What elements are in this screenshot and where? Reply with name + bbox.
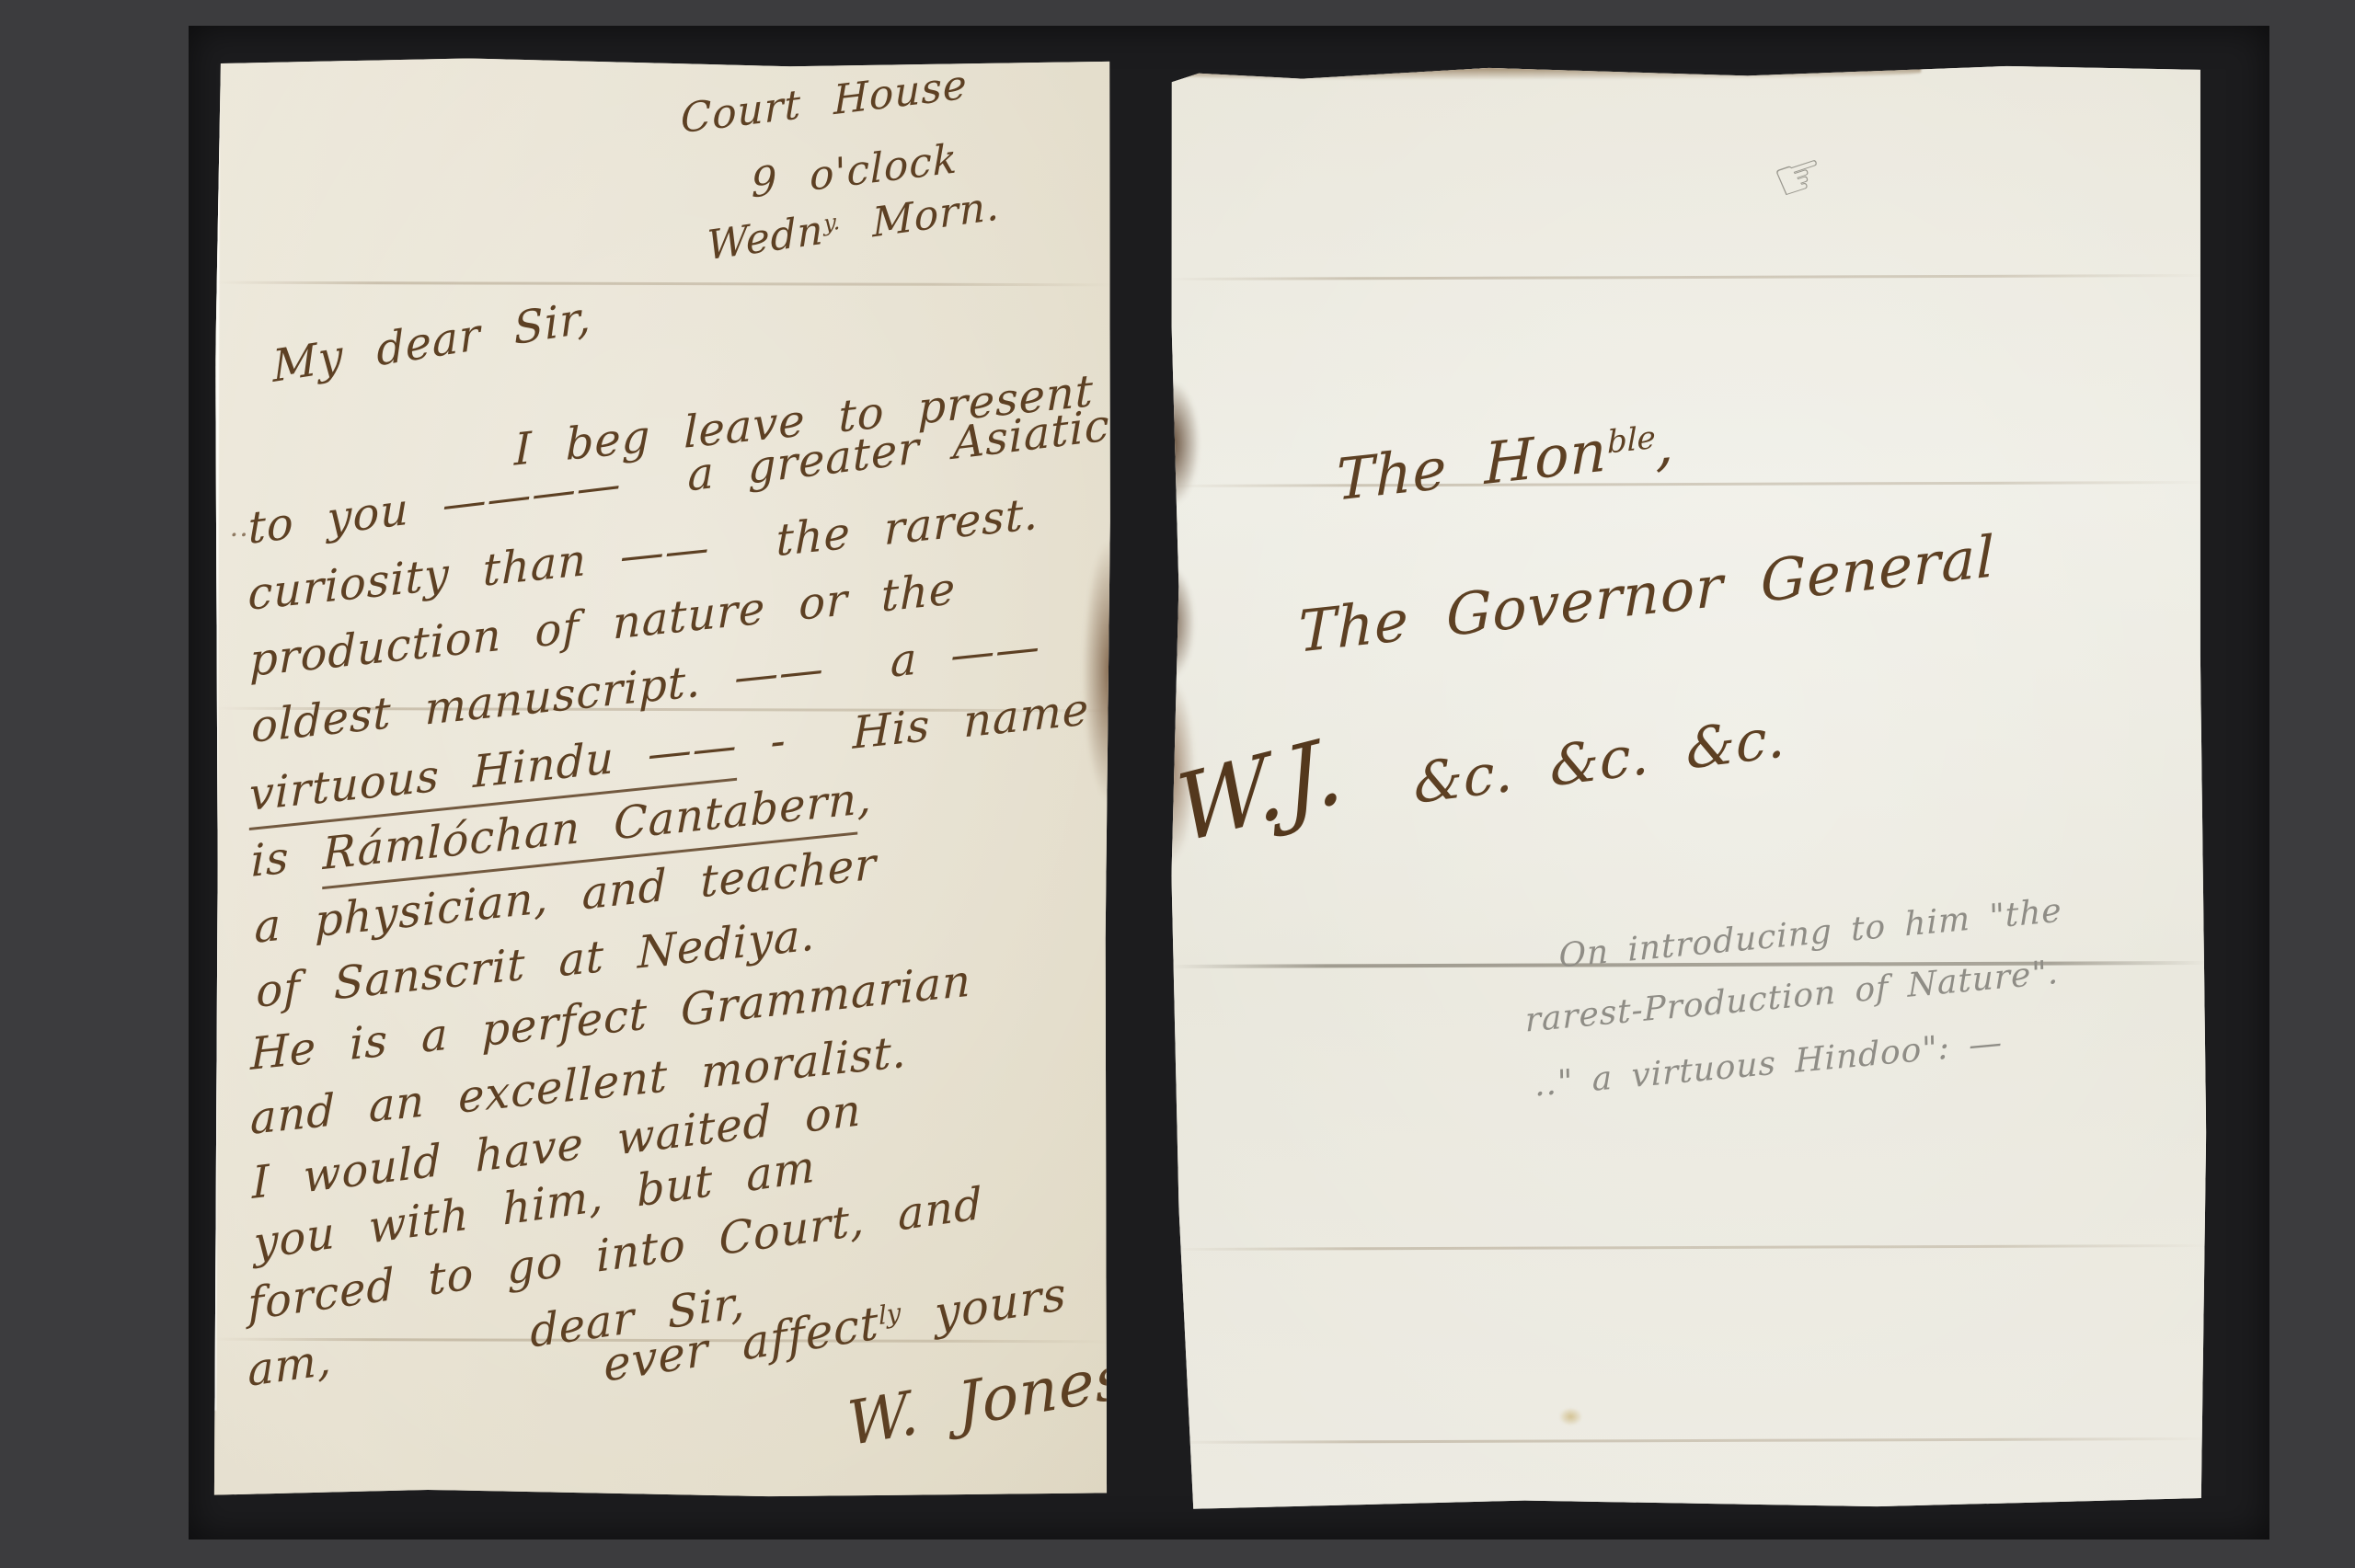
hand-sketch-icon: ☞	[1766, 142, 1833, 212]
heading-day-pre: Wedn	[706, 206, 825, 269]
fold-crease	[1169, 481, 2205, 487]
fold-crease	[1172, 1244, 2208, 1251]
monogram: W.J.	[1173, 723, 1348, 857]
fold-crease	[215, 281, 1112, 287]
body-line-pre: is	[251, 829, 323, 887]
address-line-etcetera: &c. &c. &c.	[1413, 710, 1786, 812]
letter-leaf-address: ☞ The Honble, The Governor General &c. &…	[1167, 63, 2208, 1512]
address-line-honorific: The Honble,	[1337, 415, 1675, 509]
body-line-post: ,	[857, 772, 872, 825]
fold-crease	[1168, 274, 2204, 280]
fold-crease	[1172, 1437, 2208, 1444]
closing-superscript: ly	[878, 1298, 902, 1331]
photograph-of-letter: Court House 9 o'clock Wedny. Morn. My de…	[0, 0, 2355, 1568]
salutation: My dear Sir,	[271, 295, 592, 389]
address-honorific-pre: The Hon	[1337, 417, 1608, 513]
heading-day: Wedny. Morn.	[706, 186, 1001, 267]
pencil-annotation-line: .." a virtuous Hindoo": —	[1534, 1026, 2004, 1102]
address-honorific-post: ,	[1656, 409, 1675, 479]
letter-leaf-recto: Court House 9 o'clock Wedny. Morn. My de…	[213, 58, 1113, 1501]
signature: W. Jones.	[845, 1343, 1113, 1456]
closing-post: yours	[900, 1266, 1068, 1345]
ink-mark: ··	[230, 522, 249, 550]
address-honorific-superscript: ble	[1607, 419, 1656, 462]
heading-day-superscript: y.	[823, 209, 841, 237]
heading-place: Court House	[681, 64, 968, 140]
address-line-recipient: The Governor General	[1298, 528, 1995, 661]
foxing-spot	[1558, 1407, 1582, 1425]
